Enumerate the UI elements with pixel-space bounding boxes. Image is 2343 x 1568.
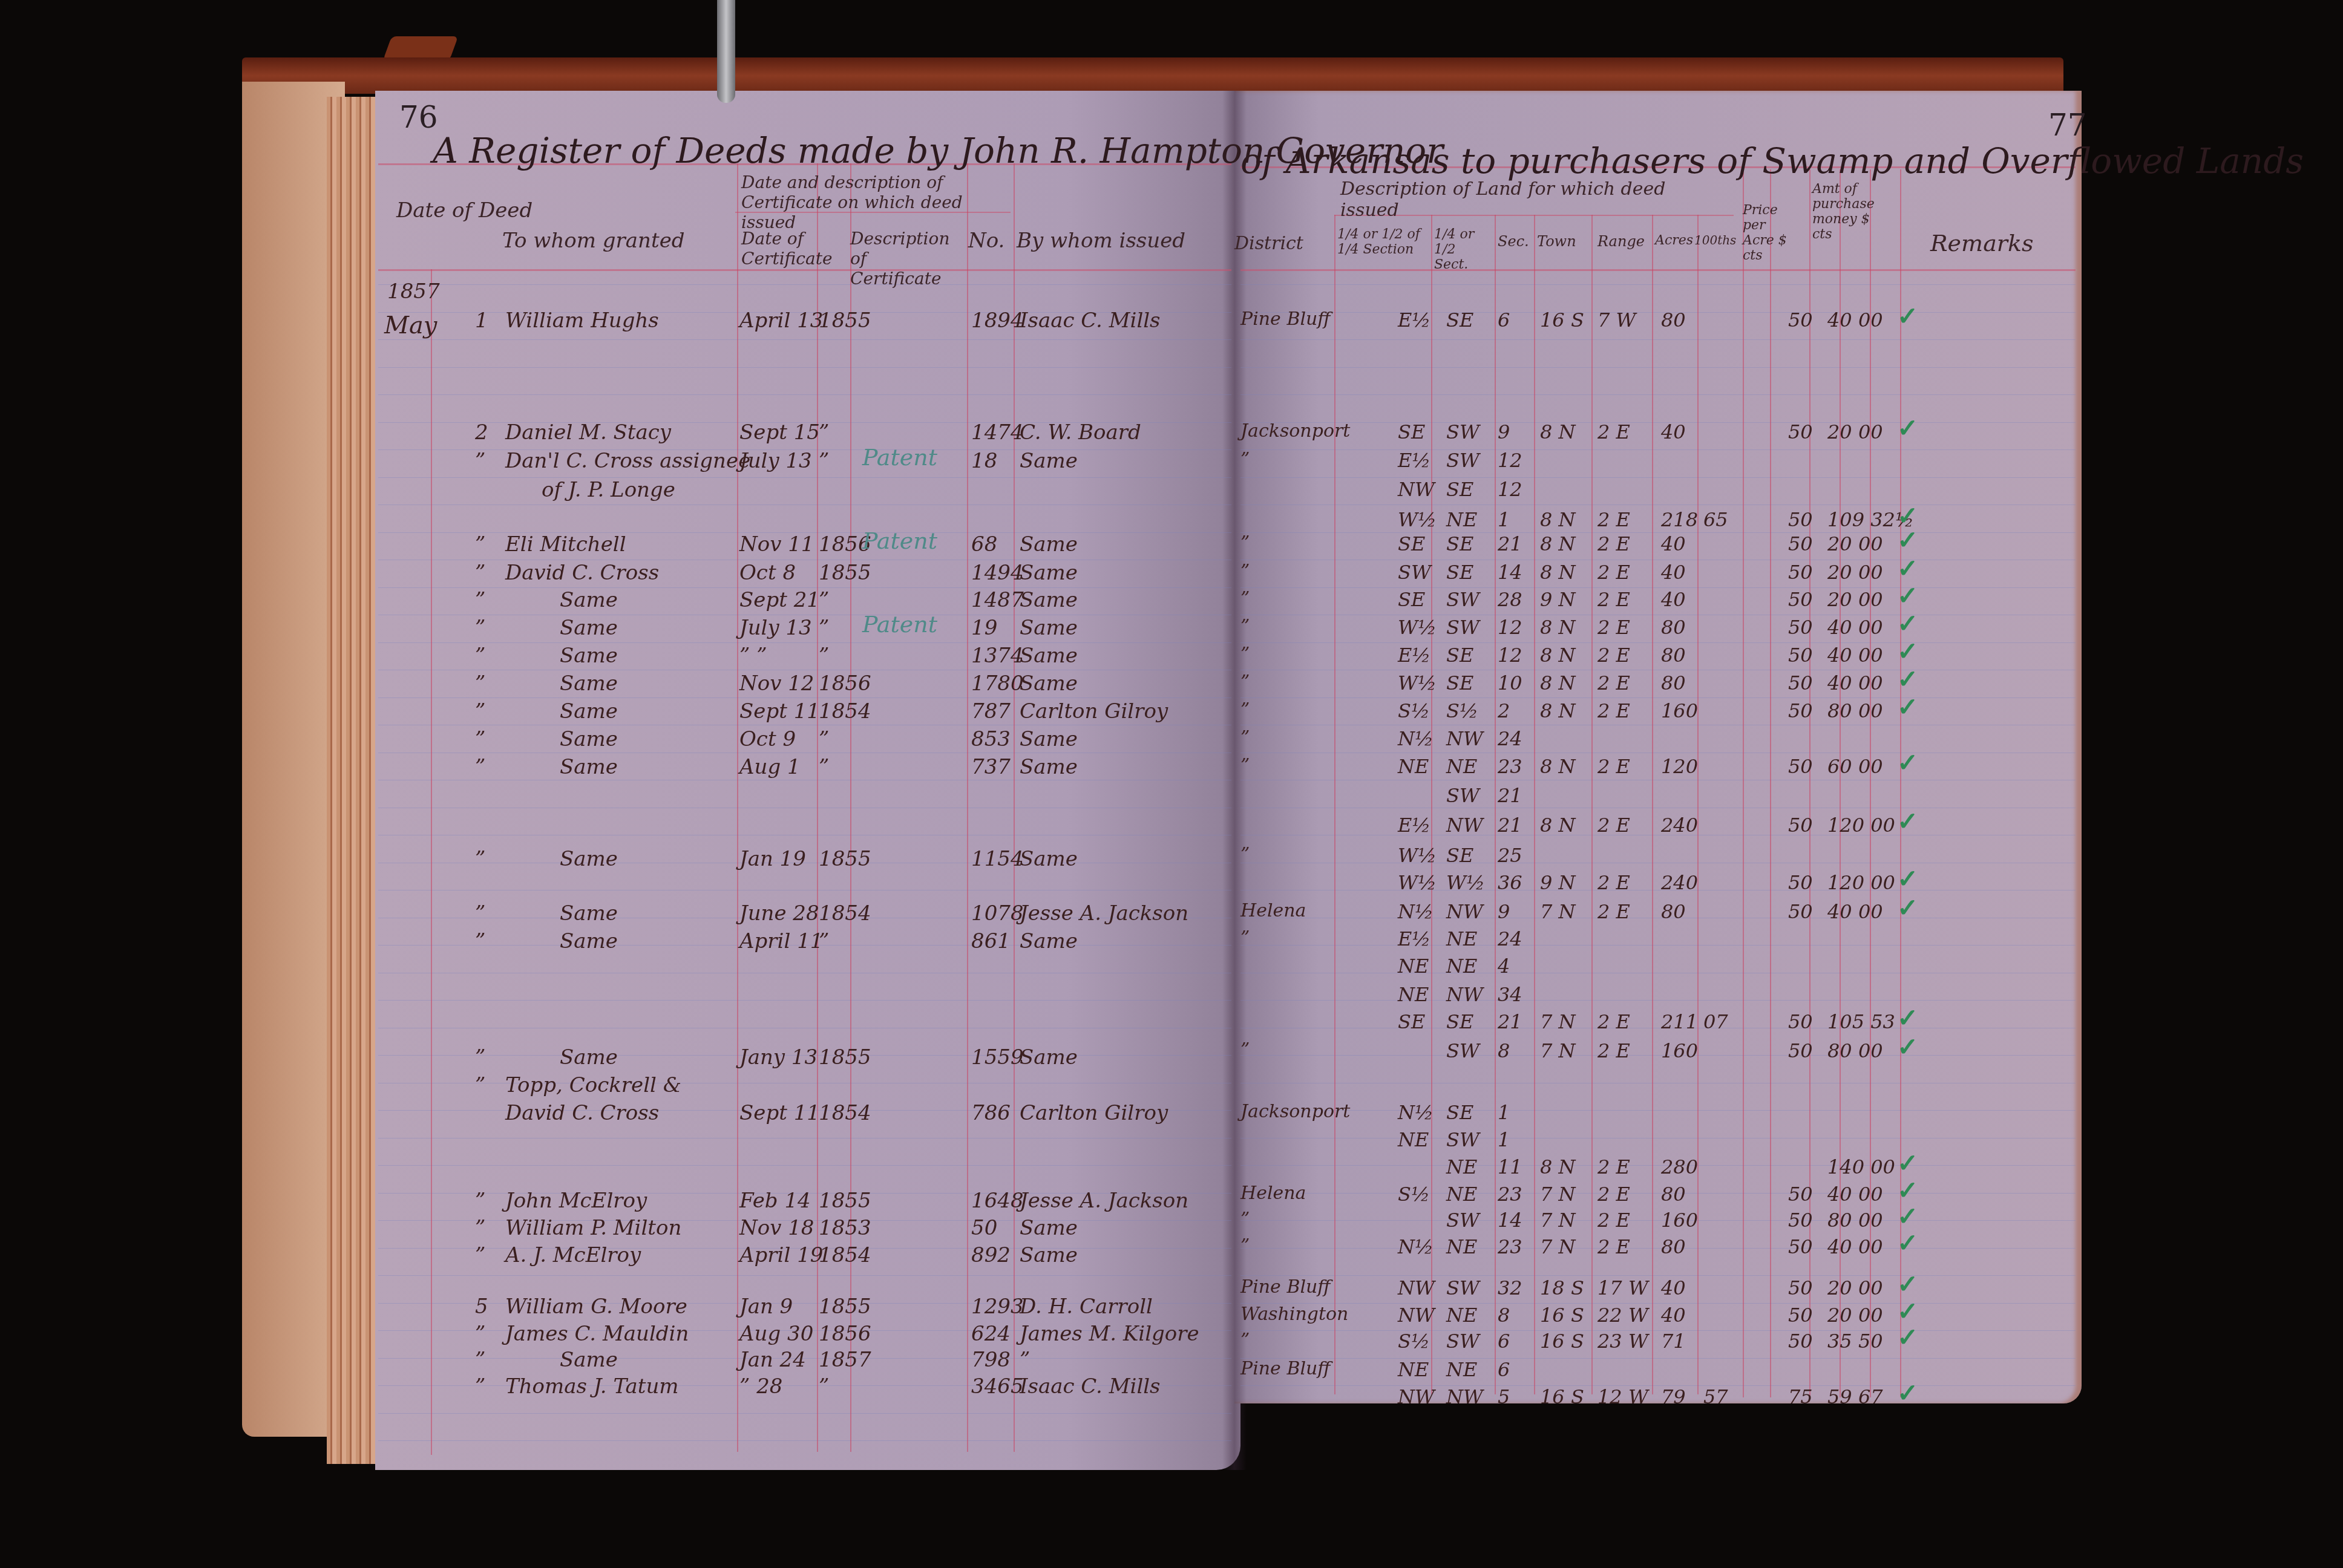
quarter-section: NE	[1446, 508, 1477, 531]
deed-day: ”	[475, 561, 485, 585]
price-per-acre: 50	[1788, 588, 1813, 611]
header-quarter-section: 1/4 or 1/2 Sect.	[1434, 227, 1489, 272]
certificate-number: 1648	[971, 1189, 1024, 1213]
quarter-of-quarter: NW	[1398, 1385, 1435, 1408]
section: 14	[1498, 561, 1522, 584]
acres: 240	[1661, 814, 1698, 837]
section: 11	[1498, 1155, 1522, 1178]
certificate-number: 786	[971, 1101, 1011, 1125]
certificate-date: Sept 15	[739, 420, 820, 445]
certificate-year: 1855	[819, 1045, 871, 1070]
certificate-number: 1487	[971, 588, 1024, 612]
district: ”	[1240, 727, 1250, 748]
issued-by: James M. Kilgore	[1020, 1322, 1199, 1346]
township: 8 N	[1540, 755, 1576, 778]
price-per-acre: 50	[1788, 671, 1813, 694]
section: 12	[1498, 616, 1522, 639]
quarter-section: SW	[1446, 616, 1480, 639]
purchase-amount: 120 00	[1827, 871, 1895, 894]
check-mark-icon: ✓	[1897, 581, 1918, 610]
check-mark-icon: ✓	[1897, 806, 1918, 836]
certificate-date: Nov 18	[739, 1216, 814, 1240]
issued-by: Same	[1020, 616, 1078, 640]
certificate-number: 1494	[971, 561, 1024, 585]
quarter-section: NE	[1446, 1358, 1477, 1381]
district: ”	[1240, 1039, 1250, 1060]
quarter-section: SE	[1446, 1101, 1473, 1124]
section: 1	[1498, 508, 1510, 531]
metal-page-clip	[717, 0, 735, 103]
purchase-amount: 20 00	[1827, 420, 1883, 443]
check-mark-icon: ✓	[1897, 1228, 1918, 1258]
quarter-of-quarter: N½	[1398, 1235, 1434, 1258]
header-amount: Amt of purchase money $ cts	[1812, 181, 1885, 242]
header-certificate-group: Date and description of Certificate on w…	[741, 172, 1008, 232]
acres: 120	[1661, 755, 1698, 778]
township: 7 N	[1540, 1010, 1576, 1033]
acres-hundredths: 65	[1703, 508, 1728, 531]
certificate-year: 1855	[819, 1189, 871, 1213]
check-mark-icon: ✓	[1897, 1322, 1918, 1352]
section: 8	[1498, 1039, 1510, 1062]
township: 8 N	[1540, 616, 1576, 639]
district: ”	[1240, 671, 1250, 693]
purchase-amount: 20 00	[1827, 561, 1883, 584]
quarter-section: NW	[1446, 983, 1483, 1006]
quarter-section: SW	[1446, 784, 1480, 807]
header-description-of-certificate: Description of Certificate	[850, 229, 959, 289]
township: 8 N	[1540, 532, 1576, 555]
certificate-date: July 13	[739, 449, 812, 473]
grantee-name: Topp, Cockrell &	[505, 1073, 681, 1097]
grantee-name: Same	[560, 616, 618, 640]
certificate-date: Sept 11	[739, 699, 820, 724]
issued-by: D. H. Carroll	[1020, 1295, 1153, 1319]
grantee-name: Dan'l C. Cross assignee	[505, 449, 750, 473]
header-to-whom-granted: To whom granted	[502, 229, 685, 253]
quarter-of-quarter: NW	[1398, 478, 1435, 501]
section: 21	[1498, 814, 1522, 837]
certificate-year: 1854	[819, 901, 871, 926]
quarter-section: NE	[1446, 1235, 1477, 1258]
certificate-date: Oct 8	[739, 561, 796, 585]
certificate-date: Oct 9	[739, 727, 796, 751]
certificate-date: Nov 12	[739, 671, 814, 696]
quarter-of-quarter: S½	[1398, 1330, 1430, 1353]
check-mark-icon: ✓	[1897, 1175, 1918, 1205]
quarter-section: NE	[1446, 755, 1477, 778]
certificate-number: 50	[971, 1216, 997, 1240]
purchase-amount: 80 00	[1827, 699, 1883, 722]
section: 12	[1498, 644, 1522, 667]
header-hundredths: 100ths	[1694, 233, 1736, 247]
header-sec: Sec.	[1498, 233, 1529, 250]
section: 4	[1498, 955, 1510, 978]
acres: 160	[1661, 1209, 1698, 1232]
acres: 80	[1661, 309, 1686, 332]
quarter-section: NE	[1446, 1183, 1477, 1206]
acres: 80	[1661, 616, 1686, 639]
deed-day: ”	[475, 929, 485, 953]
range: 2 E	[1597, 671, 1630, 694]
check-mark-icon: ✓	[1897, 864, 1918, 893]
certificate-year: ”	[819, 755, 829, 779]
district: ”	[1240, 561, 1250, 582]
price-per-acre: 50	[1788, 755, 1813, 778]
range: 12 W	[1597, 1385, 1648, 1408]
section: 23	[1498, 1183, 1522, 1206]
quarter-of-quarter: N½	[1398, 1101, 1434, 1124]
patent-pencil-note: Patent	[862, 611, 937, 638]
deed-day: ”	[475, 1045, 485, 1070]
district: ”	[1240, 1330, 1250, 1351]
quarter-of-quarter: NE	[1398, 983, 1429, 1006]
certificate-date: Jan 19	[739, 847, 806, 871]
certificate-date: April 13	[739, 309, 823, 333]
price-per-acre: 50	[1788, 900, 1813, 923]
issued-by: Same	[1020, 449, 1078, 473]
quarter-of-quarter: NE	[1398, 1128, 1429, 1151]
certificate-number: 737	[971, 755, 1011, 779]
section: 28	[1498, 588, 1522, 611]
district: Pine Bluff	[1240, 1358, 1331, 1379]
quarter-section: SW	[1446, 1209, 1480, 1232]
quarter-of-quarter: E½	[1398, 927, 1430, 950]
certificate-number: 1374	[971, 644, 1024, 668]
acres: 160	[1661, 1039, 1698, 1062]
certificate-date: Sept 21	[739, 588, 820, 612]
purchase-amount: 105 53	[1827, 1010, 1895, 1033]
certificate-year: 1855	[819, 309, 871, 333]
certificate-number: 861	[971, 929, 1011, 953]
certificate-number: 853	[971, 727, 1011, 751]
check-mark-icon: ✓	[1897, 1148, 1918, 1178]
section: 1	[1498, 1128, 1510, 1151]
price-per-acre: 50	[1788, 309, 1813, 332]
price-per-acre: 50	[1788, 508, 1813, 531]
deed-day: ”	[475, 847, 485, 871]
patent-pencil-note: Patent	[862, 528, 937, 554]
price-per-acre: 50	[1788, 814, 1813, 837]
acres: 211	[1661, 1010, 1698, 1033]
purchase-amount: 40 00	[1827, 616, 1883, 639]
section: 6	[1498, 1358, 1510, 1381]
issued-by: Jesse A. Jackson	[1020, 901, 1188, 926]
district: Washington	[1240, 1304, 1348, 1325]
section: 5	[1498, 1385, 1510, 1408]
section: 6	[1498, 309, 1510, 332]
township: 16 S	[1540, 1385, 1584, 1408]
quarter-section: SE	[1446, 532, 1473, 555]
township: 8 N	[1540, 814, 1576, 837]
section: 34	[1498, 983, 1522, 1006]
quarter-of-quarter: E½	[1398, 814, 1430, 837]
deed-day: ”	[475, 699, 485, 724]
quarter-of-quarter: W½	[1398, 616, 1437, 639]
range: 2 E	[1597, 871, 1630, 894]
check-mark-icon: ✓	[1897, 636, 1918, 666]
grantee-name: William Hughs	[505, 309, 659, 333]
quarter-section: SW	[1446, 1128, 1480, 1151]
district: ”	[1240, 449, 1250, 470]
issued-by: Same	[1020, 755, 1078, 779]
section: 12	[1498, 449, 1522, 472]
acres: 80	[1661, 1183, 1686, 1206]
certificate-year: 1855	[819, 561, 871, 585]
quarter-section: SW	[1446, 420, 1480, 443]
district: Helena	[1240, 900, 1306, 921]
price-per-acre: 50	[1788, 1010, 1813, 1033]
township: 8 N	[1540, 671, 1576, 694]
deed-day: ”	[475, 1374, 485, 1399]
quarter-of-quarter: W½	[1398, 871, 1437, 894]
price-per-acre: 75	[1788, 1385, 1813, 1408]
issued-by: Same	[1020, 727, 1078, 751]
quarter-section: W½	[1446, 871, 1485, 894]
section: 21	[1498, 532, 1522, 555]
acres: 40	[1661, 1304, 1686, 1327]
purchase-amount: 40 00	[1827, 1235, 1883, 1258]
section: 32	[1498, 1276, 1522, 1299]
purchase-amount: 35 50	[1827, 1330, 1883, 1353]
section: 23	[1498, 1235, 1522, 1258]
issued-by: Same	[1020, 671, 1078, 696]
price-per-acre: 50	[1788, 1304, 1813, 1327]
deed-day: ”	[475, 1216, 485, 1240]
purchase-amount: 59 67	[1827, 1385, 1883, 1408]
quarter-of-quarter: SE	[1398, 1010, 1425, 1033]
certificate-number: 1474	[971, 420, 1024, 445]
header-number: No.	[968, 229, 1004, 253]
certificate-year: ”	[819, 616, 829, 640]
range: 2 E	[1597, 1010, 1630, 1033]
quarter-section: SW	[1446, 1039, 1480, 1062]
township: 8 N	[1540, 699, 1576, 722]
grantee-name: David C. Cross	[505, 1101, 659, 1125]
certificate-year: 1857	[819, 1348, 871, 1372]
certificate-date: Sept 11	[739, 1101, 820, 1125]
acres: 79	[1661, 1385, 1686, 1408]
check-mark-icon: ✓	[1897, 1378, 1918, 1408]
deed-day: ”	[475, 1243, 485, 1267]
purchase-amount: 80 00	[1827, 1209, 1883, 1232]
grantee-name: A. J. McElroy	[505, 1243, 641, 1267]
section: 8	[1498, 1304, 1510, 1327]
section: 9	[1498, 900, 1510, 923]
certificate-year: 1856	[819, 1322, 871, 1346]
grantee-name: Same	[560, 847, 618, 871]
header-district: District	[1234, 233, 1303, 254]
range: 22 W	[1597, 1304, 1648, 1327]
gutter-shadow	[1222, 91, 1247, 1470]
quarter-of-quarter: NW	[1398, 1304, 1435, 1327]
certificate-date: April 11	[739, 929, 823, 953]
certificate-date: April 19	[739, 1243, 823, 1267]
deed-day: ”	[475, 1189, 485, 1213]
grantee-name: Same	[560, 1348, 618, 1372]
quarter-section: SE	[1446, 309, 1473, 332]
acres: 218	[1661, 508, 1698, 531]
acres: 80	[1661, 671, 1686, 694]
range: 2 E	[1597, 900, 1630, 923]
purchase-amount: 40 00	[1827, 309, 1883, 332]
grantee-name: James C. Mauldin	[505, 1322, 689, 1346]
grantee-name: John McElroy	[505, 1189, 647, 1213]
right-page-number: 77	[2048, 108, 2087, 143]
deed-day: 1	[475, 309, 488, 333]
deed-day: ”	[475, 1073, 485, 1097]
range: 2 E	[1597, 616, 1630, 639]
quarter-of-quarter: NE	[1398, 955, 1429, 978]
quarter-of-quarter: S½	[1398, 1183, 1430, 1206]
quarter-of-quarter: S½	[1398, 699, 1430, 722]
certificate-date: Nov 11	[739, 532, 814, 557]
check-mark-icon: ✓	[1897, 748, 1918, 777]
range: 23 W	[1597, 1330, 1648, 1353]
section: 24	[1498, 927, 1522, 950]
price-per-acre: 50	[1788, 616, 1813, 639]
certificate-number: 68	[971, 532, 997, 557]
township: 8 N	[1540, 420, 1576, 443]
range: 2 E	[1597, 1155, 1630, 1178]
district: Jacksonport	[1240, 1101, 1350, 1122]
issued-by: Same	[1020, 1243, 1078, 1267]
acres: 80	[1661, 1235, 1686, 1258]
township: 7 N	[1540, 1235, 1576, 1258]
check-mark-icon: ✓	[1897, 664, 1918, 694]
right-page	[1234, 91, 2082, 1403]
certificate-number: 18	[971, 449, 997, 473]
section: 24	[1498, 727, 1522, 750]
book-binding	[242, 57, 2063, 94]
price-per-acre: 50	[1788, 1183, 1813, 1206]
certificate-year: ”	[819, 420, 829, 445]
price-per-acre: 50	[1788, 1235, 1813, 1258]
purchase-amount: 40 00	[1827, 900, 1883, 923]
price-per-acre: 50	[1788, 532, 1813, 555]
header-range: Range	[1597, 233, 1645, 250]
section: 2	[1498, 699, 1510, 722]
section: 36	[1498, 871, 1522, 894]
header-remarks: Remarks	[1930, 230, 2033, 256]
certificate-date: Aug 30	[739, 1322, 813, 1346]
purchase-amount: 40 00	[1827, 671, 1883, 694]
certificate-year: 1856	[819, 671, 871, 696]
township: 8 N	[1540, 508, 1576, 531]
deed-day: ”	[475, 588, 485, 612]
certificate-number: 624	[971, 1322, 1011, 1346]
purchase-amount: 60 00	[1827, 755, 1883, 778]
month-label: May	[384, 312, 437, 339]
check-mark-icon: ✓	[1897, 609, 1918, 638]
certificate-year: ”	[819, 449, 829, 473]
deed-day: ”	[475, 449, 485, 473]
grantee-name: Same	[560, 901, 618, 926]
price-per-acre: 50	[1788, 1330, 1813, 1353]
grantee-name: Daniel M. Stacy	[505, 420, 671, 445]
grantee-name: Same	[560, 588, 618, 612]
quarter-section: NE	[1446, 1304, 1477, 1327]
quarter-of-quarter: NE	[1398, 1358, 1429, 1381]
deed-day: ”	[475, 1322, 485, 1346]
quarter-of-quarter: W½	[1398, 671, 1437, 694]
grantee-name: Same	[560, 671, 618, 696]
quarter-section: SE	[1446, 561, 1473, 584]
issued-by: Same	[1020, 588, 1078, 612]
issued-by: Same	[1020, 644, 1078, 668]
quarter-of-quarter: W½	[1398, 844, 1437, 867]
range: 2 E	[1597, 814, 1630, 837]
issued-by: Same	[1020, 561, 1078, 585]
quarter-of-quarter: SE	[1398, 420, 1425, 443]
grantee-name: Thomas J. Tatum	[505, 1374, 679, 1399]
grantee-name: Same	[560, 929, 618, 953]
issued-by: Same	[1020, 532, 1078, 557]
acres-hundredths: 57	[1703, 1385, 1728, 1408]
quarter-of-quarter: N½	[1398, 727, 1434, 750]
price-per-acre: 50	[1788, 561, 1813, 584]
grantee-name: Same	[560, 755, 618, 779]
quarter-section: SE	[1446, 844, 1473, 867]
grantee-name: Eli Mitchell	[505, 532, 626, 557]
purchase-amount: 20 00	[1827, 1304, 1883, 1327]
quarter-section: SE	[1446, 478, 1473, 501]
range: 2 E	[1597, 755, 1630, 778]
quarter-section: NW	[1446, 1385, 1483, 1408]
issued-by: Same	[1020, 1045, 1078, 1070]
acres: 80	[1661, 900, 1686, 923]
certificate-year: 1854	[819, 699, 871, 724]
certificate-date: Jan 24	[739, 1348, 806, 1372]
quarter-section: NE	[1446, 927, 1477, 950]
range: 2 E	[1597, 1209, 1630, 1232]
district: ”	[1240, 532, 1250, 554]
certificate-date: June 28	[739, 901, 819, 926]
township: 8 N	[1540, 644, 1576, 667]
header-quarter-of-quarter: 1/4 or 1/2 of 1/4 Section	[1337, 227, 1428, 257]
acres: 160	[1661, 699, 1698, 722]
purchase-amount: 20 00	[1827, 532, 1883, 555]
purchase-amount: 80 00	[1827, 1039, 1883, 1062]
range: 2 E	[1597, 1039, 1630, 1062]
certificate-number: 892	[971, 1243, 1011, 1267]
check-mark-icon: ✓	[1897, 1032, 1918, 1062]
ledger-title-right: of Arkansas to purchasers of Swamp and O…	[1240, 140, 2304, 181]
year-label: 1857	[387, 279, 440, 304]
header-date-of-deed: Date of Deed	[396, 198, 532, 223]
certificate-year: ”	[819, 588, 829, 612]
deed-day: ”	[475, 532, 485, 557]
district: Pine Bluff	[1240, 309, 1331, 330]
township: 16 S	[1540, 1304, 1584, 1327]
quarter-section: S½	[1446, 699, 1478, 722]
section: 14	[1498, 1209, 1522, 1232]
certificate-number: 1780	[971, 671, 1024, 696]
section: 6	[1498, 1330, 1510, 1353]
acres: 80	[1661, 644, 1686, 667]
deed-day: ”	[475, 901, 485, 926]
section: 12	[1498, 478, 1522, 501]
acres: 40	[1661, 1276, 1686, 1299]
torn-binding	[383, 36, 459, 60]
header-price-per-acre: Price per Acre $ cts	[1743, 203, 1797, 263]
quarter-of-quarter: W½	[1398, 508, 1437, 531]
deed-day: 2	[475, 420, 488, 445]
district: ”	[1240, 1209, 1250, 1230]
quarter-section: NE	[1446, 955, 1477, 978]
range: 2 E	[1597, 588, 1630, 611]
issued-by: Carlton Gilroy	[1020, 1101, 1168, 1125]
